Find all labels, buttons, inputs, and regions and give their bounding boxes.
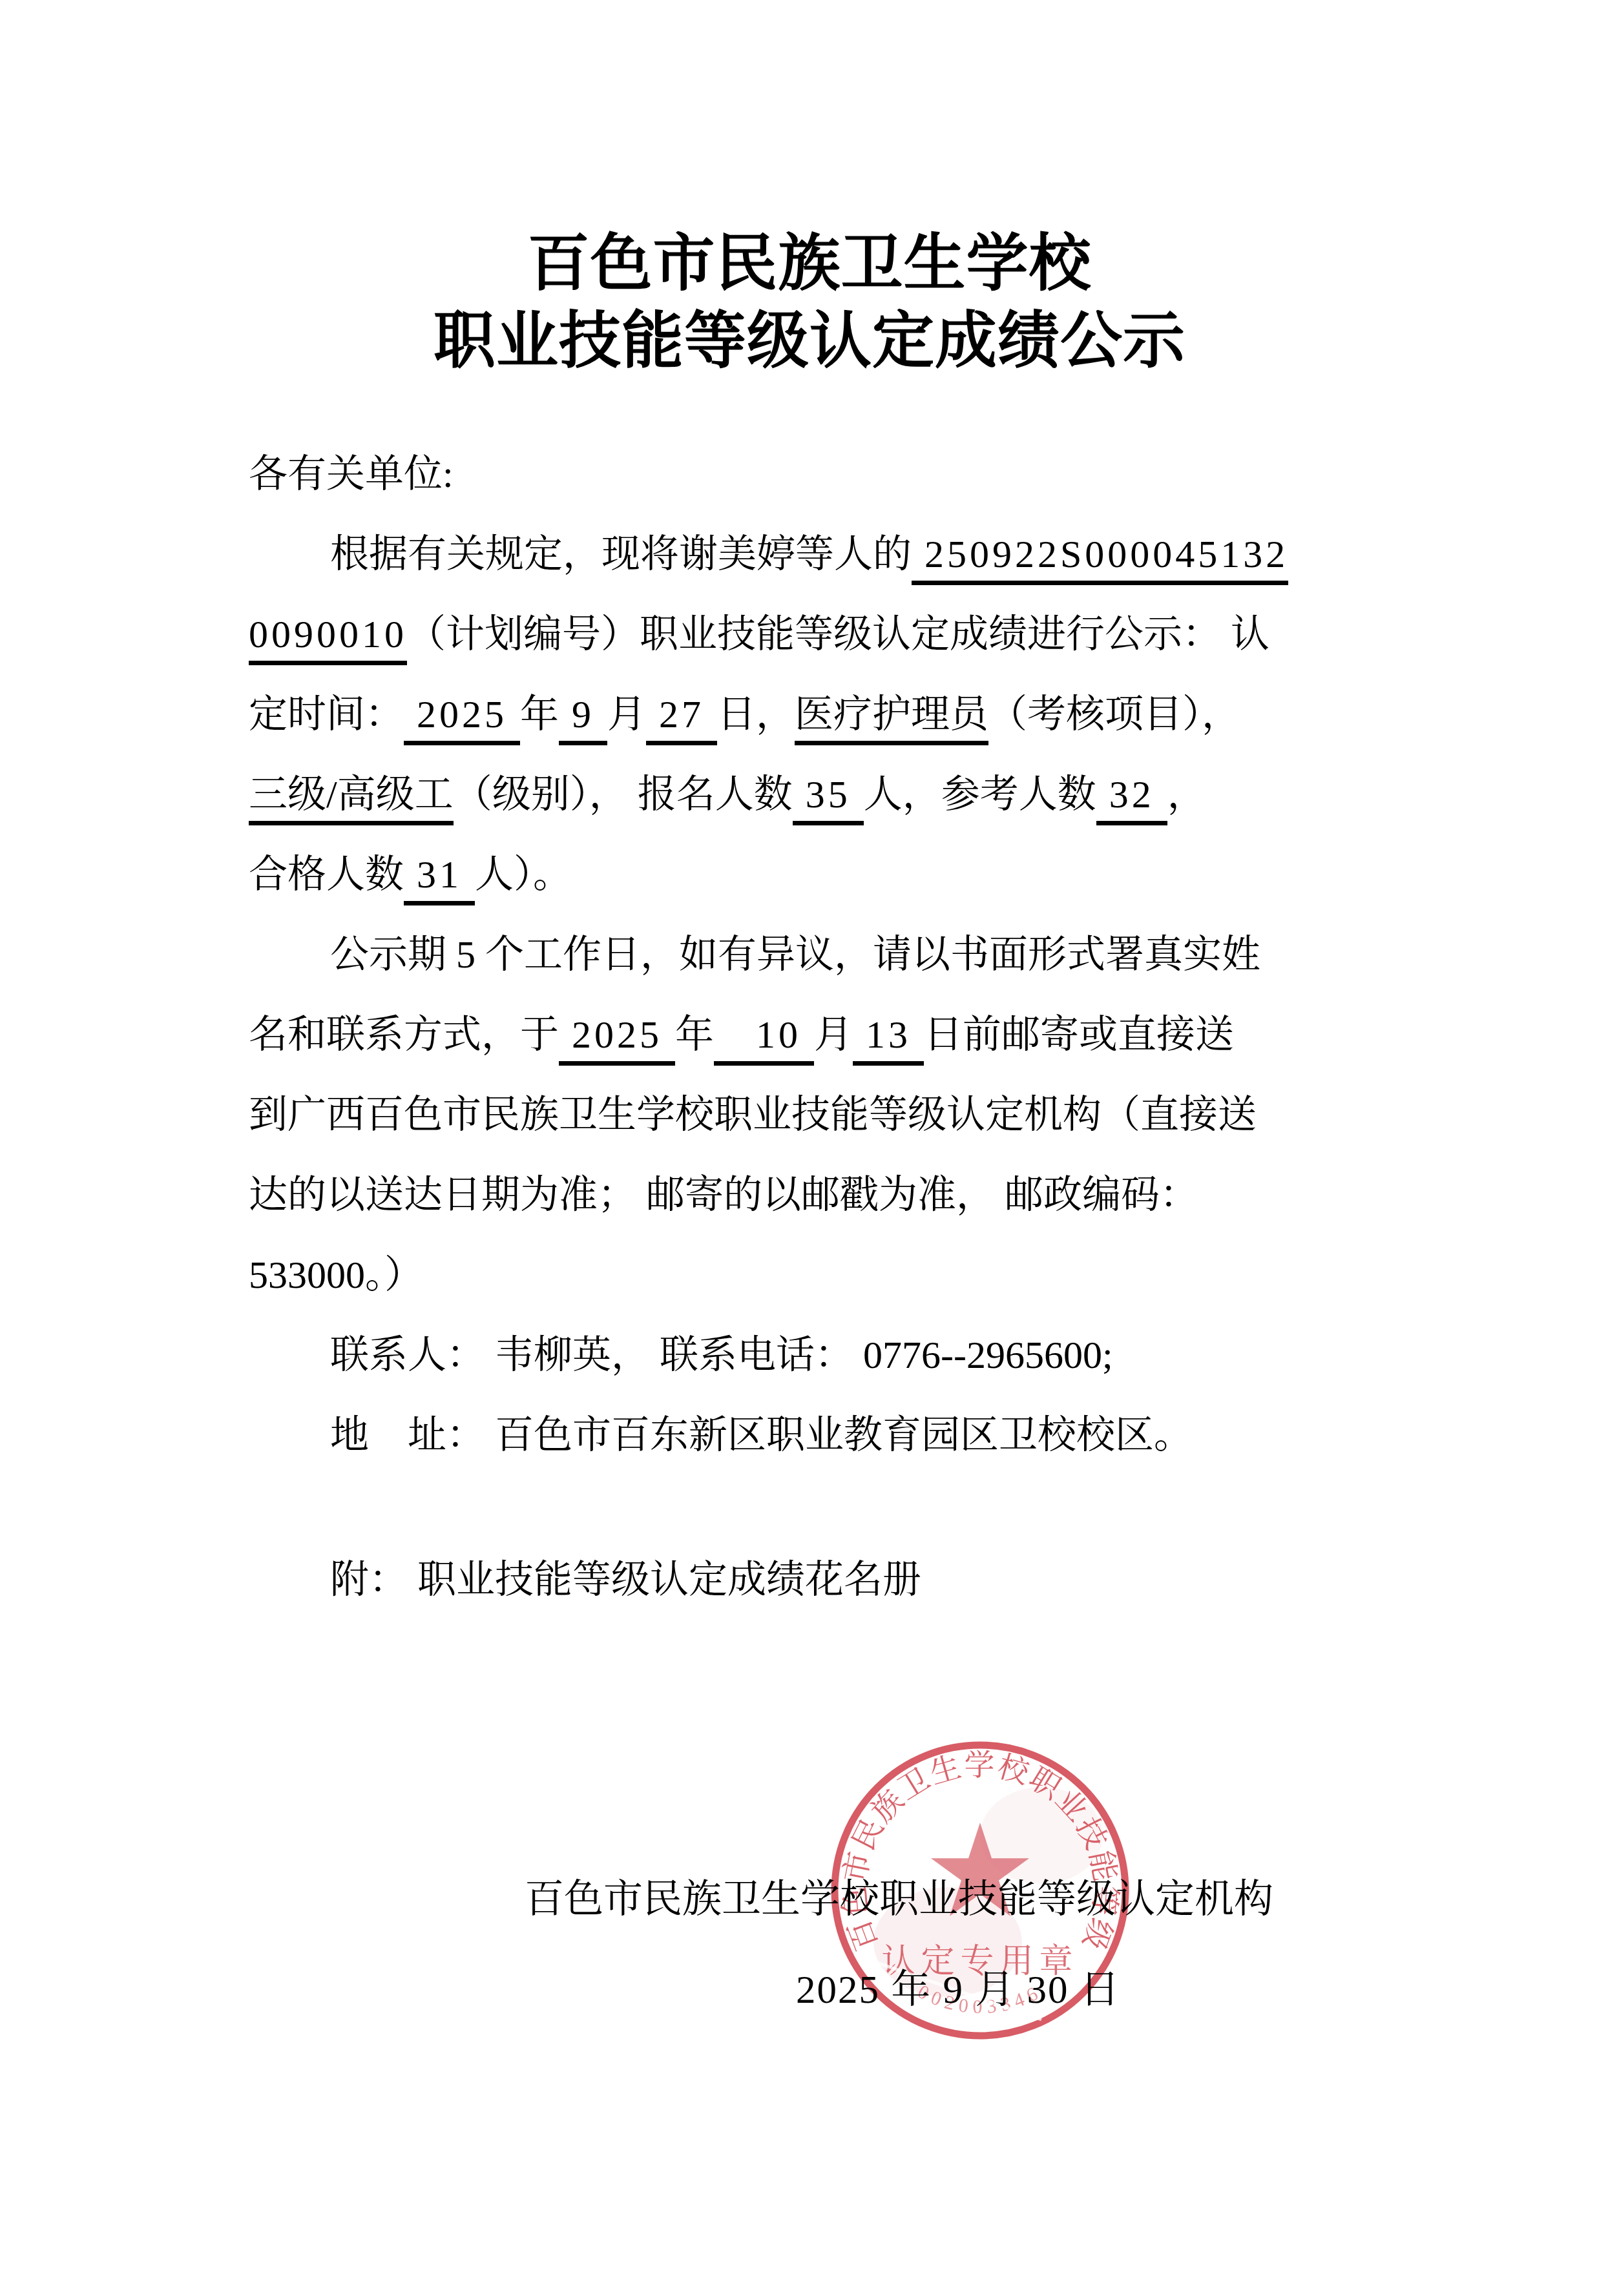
text-segment: 定时间：: [249, 693, 404, 736]
page-title: 百色市民族卫生学校 职业技能等级认定成绩公示: [0, 225, 1619, 380]
filled-blank: 2025: [559, 1013, 675, 1066]
document-line: 到广西百色市民族卫生学校职业技能等级认定机构（直接送: [249, 1075, 1386, 1155]
document-line: 三级/高级工（级别）， 报名人数 35 人，参考人数 32 ，: [249, 754, 1386, 834]
text-segment: 根据有关规定，现将谢美婷等人的: [330, 533, 912, 575]
filled-blank: 2025: [404, 693, 520, 745]
text-segment: 到广西百色市民族卫生学校职业技能等级认定机构（直接送: [249, 1093, 1257, 1136]
filled-blank: 13: [853, 1013, 924, 1066]
title-line-1: 百色市民族卫生学校: [0, 225, 1619, 302]
text-segment: ，: [1167, 773, 1206, 816]
text-segment: 年: [675, 1013, 714, 1056]
text-segment: 地 址： 百色市百东新区职业教育园区卫校校区。: [330, 1414, 1193, 1456]
filled-blank: 9: [559, 693, 607, 745]
document-line: 名和联系方式，于 2025 年 10 月 13 日前邮寄或直接送: [249, 995, 1386, 1075]
filled-blank: 三级/高级工: [249, 773, 454, 825]
document-line: 地 址： 百色市百东新区职业教育园区卫校校区。: [249, 1395, 1386, 1475]
text-segment: （计划编号）职业技能等级认定成绩进行公示： 认: [407, 613, 1269, 656]
text-segment: 日前邮寄或直接送: [924, 1013, 1234, 1056]
text-segment: 月: [607, 693, 646, 736]
text-segment: 合格人数: [249, 853, 404, 896]
official-seal: 百色市民族卫生学校职业技能等级 认定专用章 002003346: [828, 1739, 1132, 2042]
document-line: 各有关单位:: [249, 434, 1386, 514]
document-line: 附： 职业技能等级认定成绩花名册: [249, 1540, 1386, 1620]
document-line: 定时间： 2025 年 9 月 27 日，医疗护理员（考核项目），: [249, 674, 1386, 754]
text-segment: 日，: [717, 693, 795, 736]
filled-blank: 0090010: [249, 613, 407, 665]
text-segment: 人）。: [475, 853, 572, 896]
filled-blank: 医疗护理员: [795, 693, 988, 745]
text-segment: 达的以送达日期为准； 邮寄的以邮戳为准， 邮政编码：: [249, 1174, 1198, 1216]
text-segment: 名和联系方式，于: [249, 1013, 559, 1056]
document-line: 达的以送达日期为准； 邮寄的以邮戳为准， 邮政编码：: [249, 1155, 1386, 1235]
body-lines: 各有关单位:根据有关规定，现将谢美婷等人的 250922S00004513200…: [249, 434, 1386, 1620]
text-segment: 月: [814, 1013, 853, 1056]
text-segment: （级别）， 报名人数: [454, 773, 793, 816]
document-line: 公示期 5 个工作日，如有异议，请以书面形式署真实姓: [249, 915, 1386, 995]
text-segment: 人，参考人数: [864, 773, 1096, 816]
filled-blank: 250922S000045132: [912, 533, 1288, 585]
title-line-2: 职业技能等级认定成绩公示: [0, 302, 1619, 380]
filled-blank: 31: [404, 853, 475, 905]
text-segment: 附： 职业技能等级认定成绩花名册: [330, 1558, 921, 1601]
document-line: 根据有关规定，现将谢美婷等人的 250922S000045132: [249, 514, 1386, 594]
text-segment: 年: [520, 693, 559, 736]
text-segment: 公示期 5 个工作日，如有异议，请以书面形式署真实姓: [330, 933, 1260, 976]
seal-graphic: 百色市民族卫生学校职业技能等级 认定专用章 002003346: [828, 1739, 1132, 2042]
document-line: 联系人： 韦柳英， 联系电话： 0776--2965600;: [249, 1315, 1386, 1395]
filled-blank: 32: [1096, 773, 1167, 825]
filled-blank: 27: [646, 693, 717, 745]
document-line: 0090010（计划编号）职业技能等级认定成绩进行公示： 认: [249, 594, 1386, 674]
text-segment: 联系人： 韦柳英， 联系电话： 0776--2965600;: [330, 1334, 1113, 1376]
text-segment: 533000。）: [249, 1254, 423, 1296]
filled-blank: 10: [714, 1013, 814, 1066]
document-line: 533000。）: [249, 1235, 1386, 1315]
filled-blank: 35: [793, 773, 864, 825]
document-page: 百色市民族卫生学校 职业技能等级认定成绩公示 各有关单位:根据有关规定，现将谢美…: [0, 0, 1619, 2296]
document-line: 合格人数 31 人）。: [249, 834, 1386, 915]
text-segment: 各有关单位:: [249, 453, 454, 495]
text-segment: （考核项目），: [988, 693, 1240, 736]
